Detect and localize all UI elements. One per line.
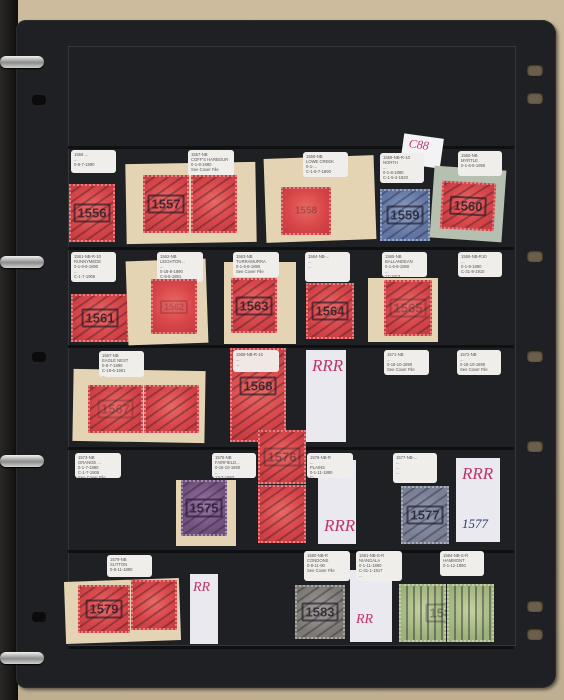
stamp-1564: 1564 (306, 283, 354, 339)
stamp-1559: 1559 (380, 189, 430, 241)
stamp-label: 1559-NB-R-10 NORTH ... 0-1-8-1890 C-1-5-… (380, 153, 424, 183)
stamp-label: 1568-NB-R-10 ... ... (233, 350, 279, 372)
stamp-label: 1566-NB-R10 ... 0-1-8-1890 C-31-8-1910 .… (458, 252, 502, 277)
note-card: RR (190, 574, 218, 644)
stamp-label: 1561-NB-R-10 RUNNYMEDE 0-1-6-8-1890 ... … (71, 252, 116, 282)
stamp-1563: 1563 (231, 278, 277, 333)
numeral-cancel: 1560 (449, 196, 487, 217)
stamp-label: 1557-NB COFF'S HARBOUR 0-1-8-1890 See Co… (188, 150, 234, 176)
punch-hole-right (527, 64, 543, 76)
stamp-1557-right (191, 175, 237, 233)
binder-ring-4 (0, 652, 44, 664)
stamp-label: 1575-NB FAIRFIELD... 0-18-10-1890 ... 13… (212, 453, 256, 478)
punch-hole-right (527, 440, 543, 452)
punch-hole-right (527, 250, 543, 262)
stamp-label: 1558-NB LOWE CREEK 0-1-... C-1-8-7-1890 (303, 152, 348, 177)
stamp-label: 1560-NB MYRTLE 0-1-6-8-1890 (458, 151, 502, 176)
numeral-cancel: 1557 (148, 195, 185, 214)
strip-divider (68, 646, 514, 649)
stamp-label: 1572-NB ... 0-18-10-1890 See Cover File … (457, 350, 501, 375)
numeral-cancel: 1564 (312, 302, 349, 321)
stamp-1584-left: 1584 (399, 584, 446, 642)
stamp-1561: 1561 (71, 294, 129, 342)
stamp-1575: 1575 (181, 480, 227, 536)
rarity-mark: RR (356, 612, 373, 628)
rarity-mark: RRR (324, 516, 355, 536)
stamp-label: 1565-NB BALLANDEAN 0-1-6-8-1890 ... 17-1… (382, 252, 427, 277)
numeral-cancel: 1561 (82, 309, 119, 328)
stamp-1583: 1583 (295, 585, 345, 639)
stamp-label: 1576-NB-R ... PLAINS 0-1-11-1890 C-... (307, 453, 353, 478)
note-number: 1577 (462, 516, 488, 532)
numeral-cancel: 1568 (240, 377, 277, 396)
stamp-1556: 1556 (69, 184, 115, 242)
punch-hole-right (527, 600, 543, 612)
stamp-1565: 1565 (384, 280, 432, 336)
rarity-mark: RRR (312, 356, 343, 376)
stamp-1576-bottom (258, 485, 306, 543)
stamp-1567-left: 1567 (88, 385, 143, 433)
stamp-1579-right (131, 580, 177, 630)
stamp-1577: 1577 (401, 486, 449, 544)
stamp-1567-right (144, 385, 199, 433)
punch-hole-right (527, 628, 543, 640)
stamp-1560: 1560 (440, 181, 496, 232)
numeral-cancel: 1577 (407, 506, 444, 525)
numeral-cancel: 1559 (387, 206, 424, 225)
numeral-cancel: 1579 (86, 600, 123, 619)
stamp-1562: 1562 (151, 279, 197, 334)
stamp-label: 1564-NB-... ... ... (305, 252, 350, 282)
stamp-label: 1581-NB-S-R NIANGALA 0-1-11-1890 C-31-1-… (356, 551, 402, 581)
numeral-cancel: 1556 (74, 204, 111, 223)
binder-ring-3 (0, 455, 44, 467)
stamp-label: 1571-NB ... 0-18-10-1890 See Cover File (384, 350, 429, 375)
strip-divider (68, 247, 514, 250)
punch-hole-right (527, 92, 543, 104)
note-card: RRR (306, 350, 346, 442)
rarity-mark: RRR (462, 464, 493, 484)
stamp-1576-top: 1576 (258, 430, 306, 484)
numeral-cancel: 1563 (236, 296, 273, 315)
stamp-label: 1579-NB SUTTON 0-8-11-1890 (107, 555, 152, 577)
note-mark: C88 (408, 136, 430, 154)
stamp-label: 1556 ... ... 0-8-7-1890 (71, 150, 116, 173)
numeral-cancel: 1565 (390, 299, 427, 318)
stamp-label: 1577-NB-... ... ... ... (393, 453, 437, 483)
strip-divider (68, 345, 514, 348)
stamp-1584-right (447, 584, 494, 642)
numeral-cancel: 1576 (264, 448, 301, 467)
stamp-1579-left: 1579 (78, 585, 130, 633)
punch-hole (32, 95, 46, 105)
stamp-label: 1562-NB LEIGHTON... ... 0-18-8-1890 C-8-… (157, 252, 203, 282)
numeral-cancel: 1583 (302, 603, 339, 622)
punch-hole (32, 352, 46, 362)
numeral-cancel: 1575 (186, 499, 223, 518)
stamp-1558: 1558 (281, 187, 331, 235)
stamp-label: 1580-NB-R CONDONS 0-8-11-90 See Cover Fi… (304, 551, 350, 581)
rarity-mark: RR (193, 580, 210, 596)
strip-divider (68, 146, 514, 149)
stamp-label: 1563-NB TURRAMURRA 0-1-6-8-1890 See Cove… (233, 252, 279, 277)
numeral-cancel: 1567 (97, 400, 134, 419)
stamp-label: 1567-NB EAGLE NEST 0-8-7-1890 C-19-6-190… (99, 351, 144, 377)
numeral-cancel: 1558 (293, 206, 319, 217)
note-card: RRR1577 (456, 458, 500, 542)
punch-hole-right (527, 350, 543, 362)
binder-ring-2 (0, 256, 44, 268)
stamp-label: 1573-NB GRANGE ... 0-1-7-1890 C-1-7-1906… (75, 453, 121, 478)
punch-hole (32, 612, 46, 622)
numeral-cancel: 1562 (160, 300, 188, 314)
stamp-1557-left: 1557 (143, 175, 189, 233)
binder-ring-1 (0, 56, 44, 68)
stamp-label: 1584-NB-S-R HAMMONT 0-1-12-1890 (440, 551, 484, 576)
